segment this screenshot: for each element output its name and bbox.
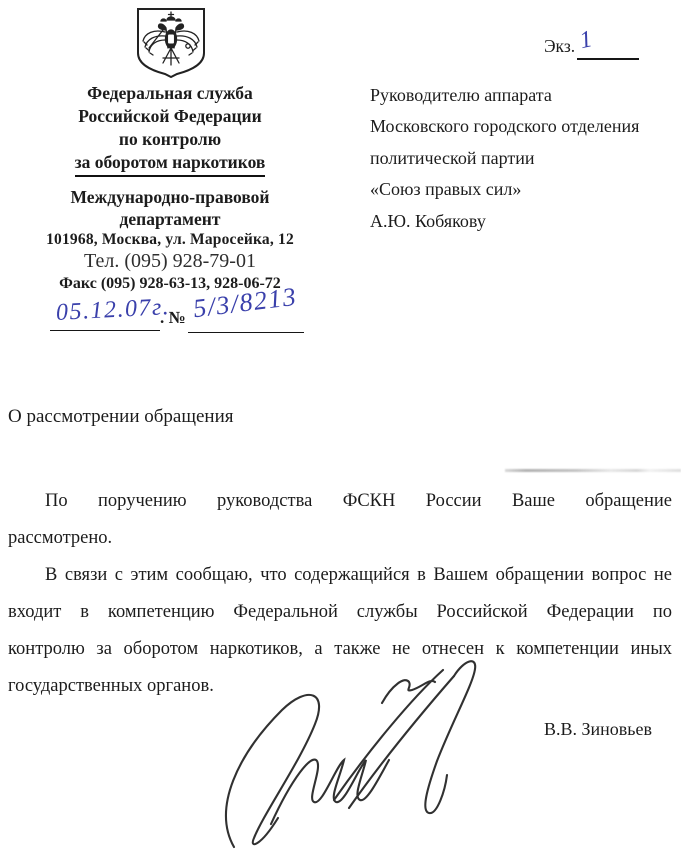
department-line: Международно-правовой: [18, 186, 322, 208]
scanned-letter-page: Федеральная служба Российской Федерации …: [0, 0, 681, 849]
org-name-line-underlined: за оборотом наркотиков: [75, 151, 266, 177]
body-line: входит в компетенцию Федеральной службы …: [8, 594, 672, 631]
number-sign-label: . №: [160, 308, 186, 328]
postal-address: 101968, Москва, ул. Маросейка, 12: [18, 230, 322, 250]
addressee-line: «Союз правых сил»: [370, 174, 670, 205]
signer-name: В.В. Зиновьев: [544, 719, 652, 740]
addressee-line: политической партии: [370, 143, 670, 174]
body-line: рассмотрено.: [8, 520, 672, 557]
addressee-line: А.Ю. Кобякову: [370, 206, 670, 237]
handwritten-signature: [216, 650, 502, 849]
copy-blank-line: [577, 58, 639, 60]
handwritten-copy-number: 1: [577, 26, 596, 55]
org-name-line: Российской Федерации: [18, 105, 322, 128]
handwritten-date: 05.12.07г.: [55, 294, 170, 327]
org-name-line: по контролю: [18, 128, 322, 151]
department-block: Международно-правовой департамент 101968…: [18, 186, 322, 294]
addressee-line: Московского городского отделения: [370, 111, 670, 142]
org-name-line: Федеральная служба: [18, 82, 322, 105]
body-line: По поручению руководства ФСКН России Ваш…: [8, 483, 672, 520]
addressee-line: Руководителю аппарата: [370, 80, 670, 111]
department-line: департамент: [18, 208, 322, 230]
scan-artifact-line: [505, 469, 681, 472]
addressee-block: Руководителю аппарата Московского городс…: [370, 80, 670, 237]
date-blank-line: [50, 330, 160, 331]
phone-number: Тел. (095) 928-79-01: [18, 250, 322, 273]
copy-label: Экз.: [544, 36, 575, 57]
body-line: В связи с этим сообщаю, что содержащийся…: [8, 557, 672, 594]
russian-coat-of-arms-icon: [132, 6, 210, 80]
subject-line: О рассмотрении обращения: [8, 406, 234, 428]
number-blank-line: [188, 332, 304, 333]
org-name-block: Федеральная служба Российской Федерации …: [18, 82, 322, 177]
